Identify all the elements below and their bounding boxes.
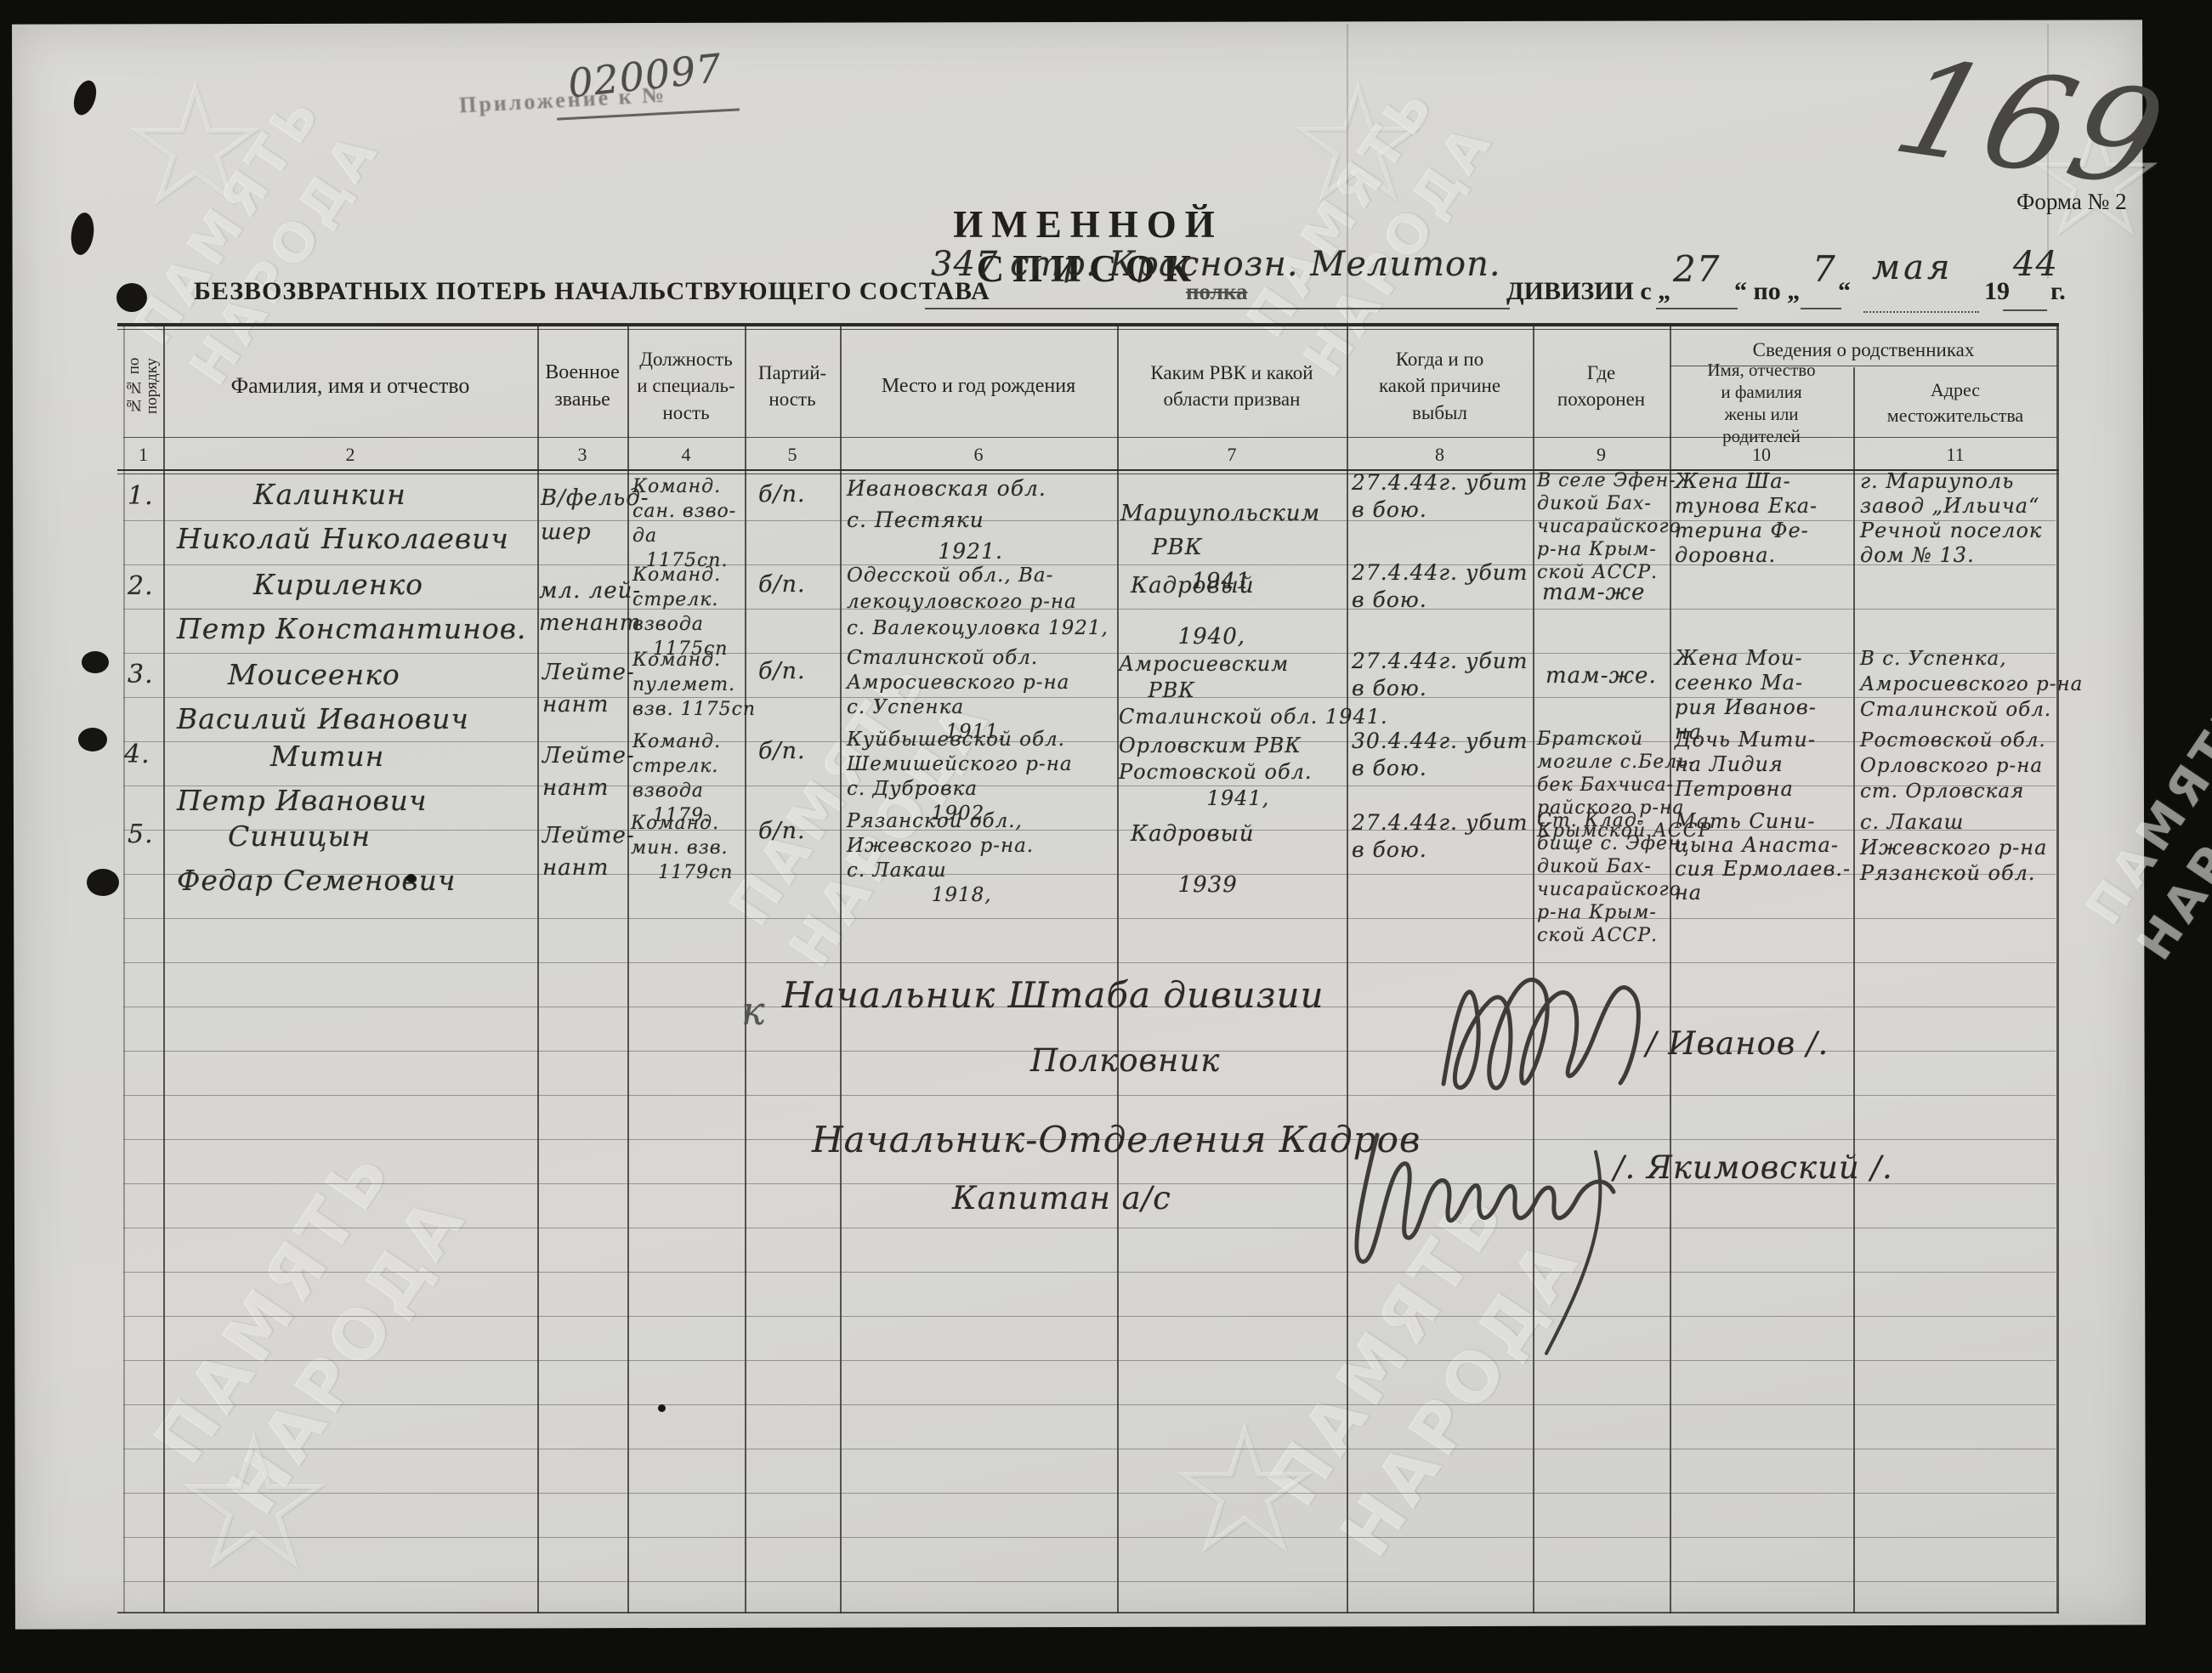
ruled-line	[123, 962, 2056, 963]
address-cell: с. Лакаш Ижевского р-на Рязанской обл.	[1860, 809, 2047, 886]
col-header-order-number: №№ по порядку	[124, 338, 163, 434]
address-cell: Ростовской обл. Орловского р-на ст. Орло…	[1860, 728, 2046, 804]
col-header-buried: Где похоронен	[1533, 336, 1670, 436]
ink-dot	[658, 1404, 666, 1412]
fate-cell: 27.4.44г. убит в бою.	[1352, 559, 1529, 614]
rvk-cell: Амросиевским РВК Сталинской обл. 1941.	[1119, 651, 1388, 730]
table-bottom-border	[117, 1612, 2059, 1613]
row-number: 5.	[128, 819, 154, 849]
burial-cell: там-же	[1542, 580, 1645, 605]
col-number: 5	[745, 444, 840, 466]
col-header-relative: Имя, отчество и фамилия жены или родител…	[1670, 369, 1853, 437]
rank-cell: Лейте- нант	[542, 819, 635, 884]
document-scan: ☆ ПАМЯТЬ НАРОДА ☆ ПАМЯТЬ НАРОДА ☆ ПАМЯТЬ…	[0, 0, 2212, 1673]
birthplace-cell: Ивановская обл. с. Пестяки 1921.	[847, 473, 1046, 567]
subtitle-rule	[925, 308, 1510, 309]
ruled-line	[123, 1228, 2056, 1228]
column-line	[1347, 326, 1348, 1613]
fate-cell: 30.4.44г. убит в бою.	[1352, 728, 1529, 782]
relative-cell: Дочь Мити- на Лидия Петровна	[1675, 728, 1816, 802]
party-cell: б/п.	[758, 571, 806, 598]
pencil-k-mark: к	[741, 988, 765, 1034]
col-header-cause: Когда и по какой причине выбыл	[1347, 336, 1533, 436]
party-cell: б/п.	[758, 818, 806, 844]
rvk-cell: Кадровый 1940,	[1131, 573, 1254, 649]
relative-cell: Жена Ша- тунова Ека- терина Фе- доровна.	[1675, 469, 1818, 568]
relative-cell: Мать Сини- цына Анаста- сия Ермолаев.- н…	[1675, 809, 1851, 905]
casualty-name: Кириленко Петр Константинов.	[177, 563, 526, 651]
ruled-line	[123, 1537, 2056, 1538]
position-cell: Команд. сан. взво- да 1175сп.	[632, 474, 736, 573]
col-header-birthplace: Место и год рождения	[840, 336, 1117, 436]
birthplace-cell: Рязанской обл., Ижевского р-на. с. Лакаш…	[847, 809, 1034, 908]
column-line	[840, 326, 842, 1613]
casualty-name: Митин Петр Иванович	[177, 734, 427, 823]
star-watermark-icon: ☆	[1165, 1386, 1324, 1594]
party-cell: б/п.	[758, 738, 806, 764]
hole-punch	[78, 728, 107, 751]
col-number: 4	[627, 444, 745, 466]
ink-blot	[116, 283, 147, 312]
subtitle-printed: БЕЗВОЗВРАТНЫХ ПОТЕРЬ НАЧАЛЬСТВУЮЩЕГО СОС…	[194, 277, 990, 306]
subtitle-rule	[2003, 309, 2047, 311]
fold-crease	[1347, 24, 1348, 323]
col-number: 9	[1533, 444, 1670, 466]
subtitle-month: мая	[1872, 248, 1954, 287]
subtitle-po: “ по „	[1734, 277, 1800, 306]
col-number: 6	[840, 444, 1117, 466]
ruled-line	[123, 1360, 2056, 1361]
col-header-address: Адрес местожительства	[1853, 369, 2057, 437]
subtitle-rule	[1801, 308, 1841, 309]
ruled-line	[123, 1493, 2056, 1494]
col-number: 11	[1853, 444, 2057, 466]
signoff-role: Начальник Штаба дивизии	[782, 974, 1324, 1016]
column-line	[2056, 326, 2059, 1613]
subtitle-crossed-word: полка	[1186, 279, 1248, 305]
rvk-cell: Кадровый 1939	[1131, 821, 1254, 898]
col-number: 2	[163, 444, 537, 466]
ruled-line	[123, 1449, 2056, 1449]
subtitle-rule	[1656, 308, 1738, 309]
col-header-name: Фамилия, имя и отчество	[163, 336, 537, 436]
party-cell: б/п.	[758, 658, 806, 684]
hole-punch	[87, 869, 119, 896]
signoff-name: / Иванов /.	[1646, 1025, 1829, 1062]
row-number: 2.	[128, 571, 154, 601]
column-line	[745, 326, 746, 1613]
subtitle-division: ДИВИЗИИ с „	[1506, 277, 1670, 306]
col-header-rvk: Каким РВК и какой области призван	[1117, 336, 1347, 436]
signoff-name: /. Якимовский /.	[1614, 1149, 1893, 1186]
column-line	[537, 326, 539, 1613]
ruled-line	[123, 918, 2056, 919]
col-number: 10	[1670, 444, 1853, 466]
rank-cell: Лейте- нант	[542, 740, 635, 804]
col-header-party: Партий- ность	[745, 336, 840, 436]
address-cell: г. Мариуполь завод „Ильича“ Речной посел…	[1860, 469, 2042, 568]
position-cell: Команд. пулемет. взв. 1175сп	[632, 648, 756, 722]
ruled-line	[123, 1581, 2056, 1582]
position-cell: Команд. мин. взв. 1179сп	[631, 811, 733, 885]
subtitle-date-to: 7	[1812, 248, 1836, 290]
hole-punch	[82, 651, 109, 673]
column-line	[123, 326, 125, 1613]
ruled-line	[123, 1404, 2056, 1405]
rvk-cell: Орловским РВК Ростовской обл. 1941,	[1119, 733, 1313, 812]
rank-cell: мл. лей- тенант	[539, 575, 641, 639]
row-number: 4.	[124, 740, 150, 769]
ink-dot	[406, 874, 416, 882]
rank-cell: Лейте- нант	[542, 656, 635, 721]
col-header-rank: Военное званье	[537, 336, 627, 436]
col-number: 1	[123, 444, 163, 466]
column-line	[1853, 367, 1855, 1613]
signoff-rank: Полковник	[1030, 1042, 1220, 1079]
party-cell: б/п.	[758, 481, 806, 508]
casualty-name: Синицын Федар Семенович	[177, 814, 456, 903]
address-cell: В с. Успенка, Амросиевского р-на Сталинс…	[1860, 646, 2083, 723]
ruled-line	[123, 1316, 2056, 1317]
table-top-border-thin	[117, 329, 2059, 330]
birthplace-cell: Одесской обл., Ва- лекоцуловского р-на с…	[847, 563, 1109, 642]
signature-ivanov-autograph	[1428, 944, 1675, 1122]
fate-cell: 27.4.44г. убит в бою.	[1352, 469, 1529, 524]
col-number: 7	[1117, 444, 1347, 466]
fate-cell: 27.4.44г. убит в бою.	[1352, 648, 1529, 702]
column-line	[163, 326, 165, 1613]
burial-cell: Ст. Клад- бище с. Эфен- дикой Бах- чисар…	[1537, 809, 1688, 947]
subtitle-rule	[1863, 309, 1979, 313]
casualty-name: Калинкин Николай Николаевич	[177, 473, 509, 561]
burial-cell: там-же.	[1546, 663, 1657, 689]
casualty-name: Моисеенко Василий Иванович	[177, 653, 469, 741]
fate-cell: 27.4.44г. убит в бою.	[1352, 809, 1529, 864]
column-line	[1117, 326, 1119, 1613]
form-label: Форма № 2	[2016, 189, 2127, 215]
row-number: 3.	[128, 660, 154, 689]
ruled-line	[123, 1095, 2056, 1096]
star-watermark-icon: ☆	[170, 1394, 337, 1612]
col-number: 8	[1347, 444, 1533, 466]
subtitle-date-from: 27	[1673, 248, 1720, 290]
burial-cell: В селе Эфен- дикой Бах- чисарайского р-н…	[1537, 469, 1682, 584]
col-header-position: Должность и специаль- ность	[627, 336, 745, 436]
ruled-line	[123, 1272, 2056, 1273]
col-number: 3	[537, 444, 627, 466]
subtitle-quote: “	[1838, 277, 1851, 306]
signoff-rank: Капитан а/с	[952, 1180, 1171, 1216]
position-cell: Команд. стрелк. взвода 1175сп	[632, 563, 728, 661]
fold-crease	[2047, 24, 2049, 279]
table-top-border	[117, 323, 2059, 326]
subtitle-g: г.	[2050, 277, 2066, 306]
row-number: 1.	[128, 481, 154, 511]
subtitle-year-printed: 19	[1984, 277, 2010, 306]
signature-yakimovsky-autograph	[1322, 1105, 1696, 1360]
